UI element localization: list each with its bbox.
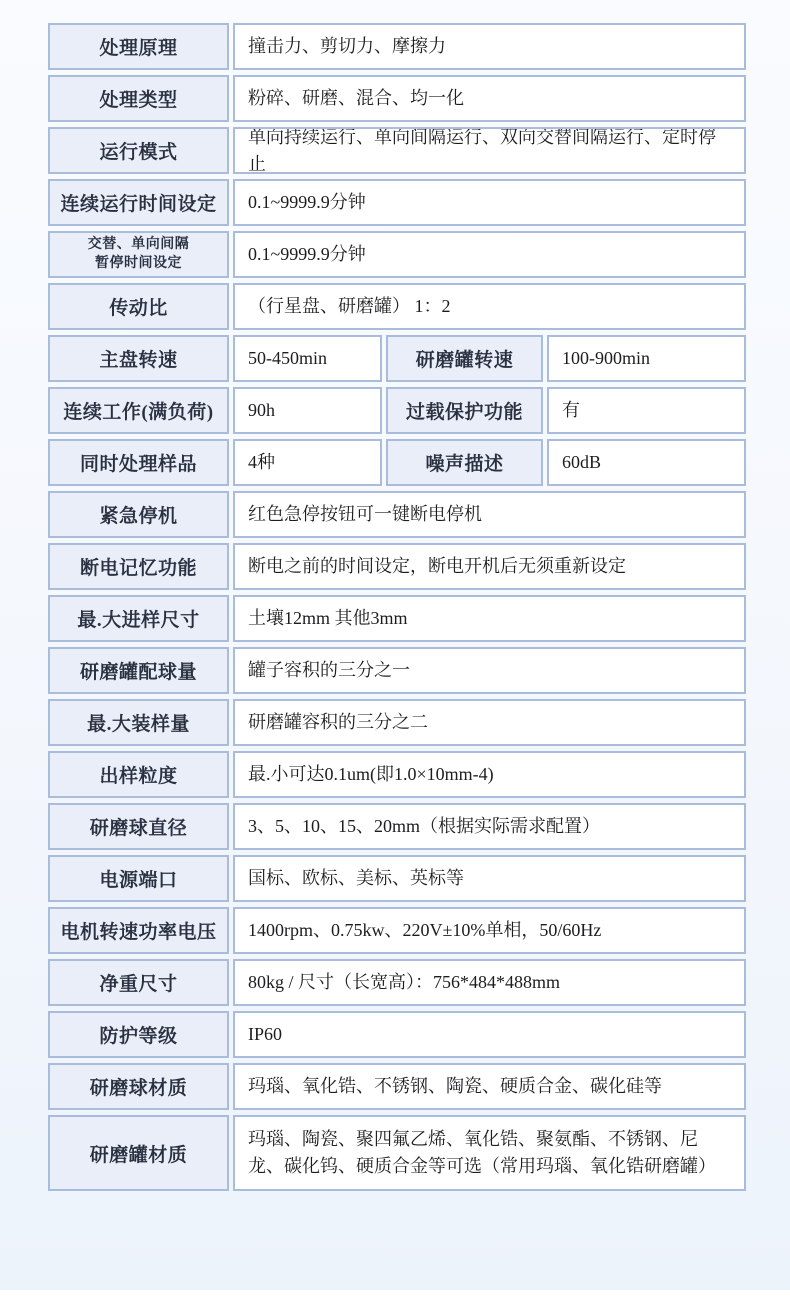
spec-value-cell: 研磨罐容积的三分之二 bbox=[233, 699, 746, 746]
spec-value-cell: 60dB bbox=[547, 439, 746, 486]
spec-label-cell: 净重尺寸 bbox=[48, 959, 229, 1006]
spec-label-cell: 噪声描述 bbox=[386, 439, 543, 486]
spec-value-cell: 玛瑙、陶瓷、聚四氟乙烯、氧化锆、聚氨酯、不锈钢、尼龙、碳化钨、硬质合金等可选（常… bbox=[233, 1115, 746, 1191]
spec-label-cell: 研磨球材质 bbox=[48, 1063, 229, 1110]
spec-value-cell: 3、5、10、15、20mm（根据实际需求配置） bbox=[233, 803, 746, 850]
spec-label-cell: 最.大装样量 bbox=[48, 699, 229, 746]
spec-value-cell: 80kg / 尺寸（长宽高）：756*484*488mm bbox=[233, 959, 746, 1006]
spec-value-cell: 100-900min bbox=[547, 335, 746, 382]
spec-label-cell: 处理原理 bbox=[48, 23, 229, 70]
spec-label-cell: 研磨球直径 bbox=[48, 803, 229, 850]
spec-value-cell: 90h bbox=[233, 387, 382, 434]
spec-label-cell: 出样粒度 bbox=[48, 751, 229, 798]
spec-value-cell: 罐子容积的三分之一 bbox=[233, 647, 746, 694]
spec-value-cell: 0.1~9999.9分钟 bbox=[233, 231, 746, 278]
spec-label-cell: 研磨罐转速 bbox=[386, 335, 543, 382]
spec-value-cell: （行星盘、研磨罐） 1：2 bbox=[233, 283, 746, 330]
spec-label-cell: 过载保护功能 bbox=[386, 387, 543, 434]
product-spec-page: 处理原理撞击力、剪切力、摩擦力处理类型粉碎、研磨、混合、均一化运行模式单向持续运… bbox=[0, 0, 790, 1290]
spec-value-cell: 断电之前的时间设定，断电开机后无须重新设定 bbox=[233, 543, 746, 590]
spec-label-cell: 处理类型 bbox=[48, 75, 229, 122]
spec-label-cell: 研磨罐材质 bbox=[48, 1115, 229, 1191]
spec-value-cell: 1400rpm、0.75kw、220V±10%单相，50/60Hz bbox=[233, 907, 746, 954]
spec-label-cell: 同时处理样品 bbox=[48, 439, 229, 486]
spec-label-cell: 连续工作(满负荷) bbox=[48, 387, 229, 434]
spec-value-cell: 撞击力、剪切力、摩擦力 bbox=[233, 23, 746, 70]
spec-label-cell: 运行模式 bbox=[48, 127, 229, 174]
spec-label-cell: 电机转速功率电压 bbox=[48, 907, 229, 954]
spec-value-cell: 土壤12mm 其他3mm bbox=[233, 595, 746, 642]
spec-value-cell: 玛瑙、氧化锆、不锈钢、陶瓷、硬质合金、碳化硅等 bbox=[233, 1063, 746, 1110]
spec-value-cell: 国标、欧标、美标、英标等 bbox=[233, 855, 746, 902]
spec-value-cell: 50-450min bbox=[233, 335, 382, 382]
spec-value-cell: 最.小可达0.1um(即1.0×10mm-4) bbox=[233, 751, 746, 798]
spec-label-cell: 研磨罐配球量 bbox=[48, 647, 229, 694]
spec-value-cell: 红色急停按钮可一键断电停机 bbox=[233, 491, 746, 538]
spec-value-cell: IP60 bbox=[233, 1011, 746, 1058]
spec-table: 处理原理撞击力、剪切力、摩擦力处理类型粉碎、研磨、混合、均一化运行模式单向持续运… bbox=[48, 23, 746, 1191]
spec-label-cell: 电源端口 bbox=[48, 855, 229, 902]
spec-value-cell: 4种 bbox=[233, 439, 382, 486]
spec-value-cell: 粉碎、研磨、混合、均一化 bbox=[233, 75, 746, 122]
spec-label-cell: 交替、单向间隔 暂停时间设定 bbox=[48, 231, 229, 278]
spec-label-cell: 防护等级 bbox=[48, 1011, 229, 1058]
spec-label-cell: 传动比 bbox=[48, 283, 229, 330]
spec-label-cell: 断电记忆功能 bbox=[48, 543, 229, 590]
spec-label-cell: 最.大进样尺寸 bbox=[48, 595, 229, 642]
spec-label-cell: 紧急停机 bbox=[48, 491, 229, 538]
spec-label-cell: 主盘转速 bbox=[48, 335, 229, 382]
spec-label-cell: 连续运行时间设定 bbox=[48, 179, 229, 226]
spec-value-cell: 单向持续运行、单向间隔运行、双向交替间隔运行、定时停止 bbox=[233, 127, 746, 174]
spec-value-cell: 0.1~9999.9分钟 bbox=[233, 179, 746, 226]
spec-value-cell: 有 bbox=[547, 387, 746, 434]
